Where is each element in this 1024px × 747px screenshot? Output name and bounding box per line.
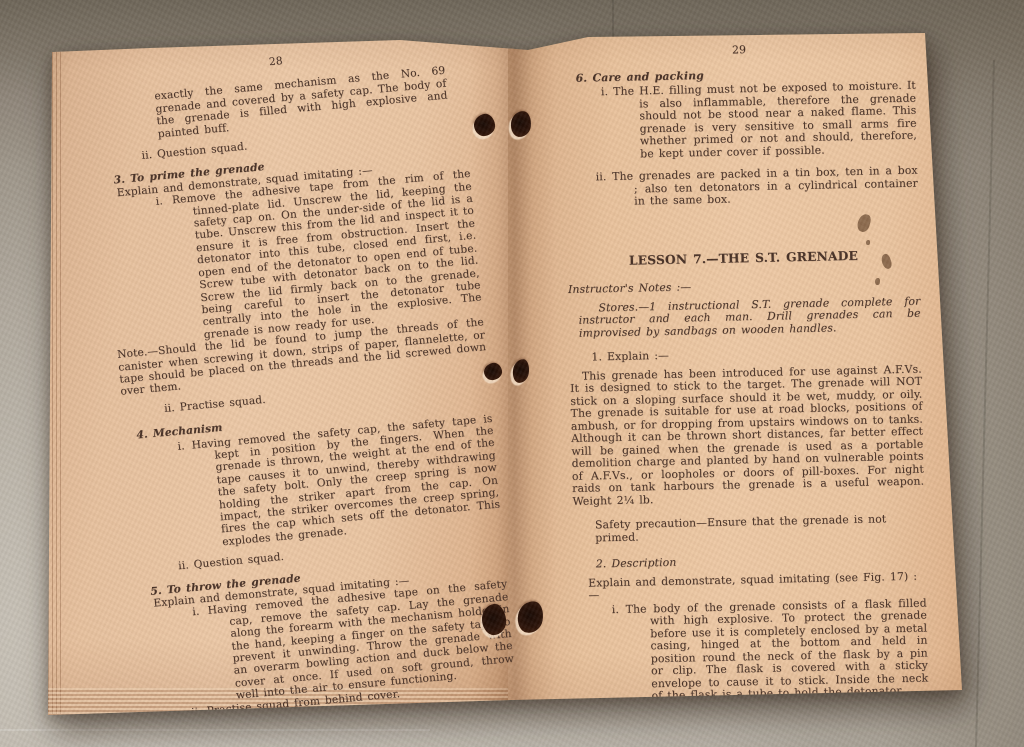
ink-stain bbox=[866, 240, 870, 245]
page-edge-stack-left bbox=[44, 46, 61, 714]
explain-paragraph: This grenade has been introduced for use… bbox=[570, 363, 925, 508]
open-booklet: 28 exactly the same mechanism as the No.… bbox=[42, 28, 967, 723]
photo-scene: 28 exactly the same mechanism as the No.… bbox=[0, 0, 1024, 747]
book-pages: 28 exactly the same mechanism as the No.… bbox=[42, 28, 967, 723]
section6-item-i: i. The H.E. filling must not be exposed … bbox=[564, 80, 917, 162]
explain-heading: 1. Explain :— bbox=[591, 345, 921, 364]
stores-paragraph: Stores.—1 instructional S.T. grenade com… bbox=[568, 295, 921, 340]
fabric-seam bbox=[975, 60, 995, 747]
description-heading: 2. Description bbox=[596, 552, 926, 571]
right-page-content: 29 6. Care and packing i. The H.E. filli… bbox=[563, 41, 929, 705]
left-page-content: 28 exactly the same mechanism as the No.… bbox=[92, 39, 517, 722]
ink-stain bbox=[875, 278, 880, 285]
instructors-notes-label: Instructor's Notes :— bbox=[568, 277, 920, 297]
fabric-fold bbox=[0, 729, 430, 731]
description-item-i: i. The body of the grenade consists of a… bbox=[575, 597, 929, 704]
lesson-7-heading: LESSON 7.—THE S.T. GRENADE bbox=[567, 248, 919, 268]
safety-precaution: Safety precaution—Ensure that the grenad… bbox=[595, 513, 925, 545]
section6-item-ii: ii. The grenades are packed in a tin box… bbox=[566, 165, 919, 210]
